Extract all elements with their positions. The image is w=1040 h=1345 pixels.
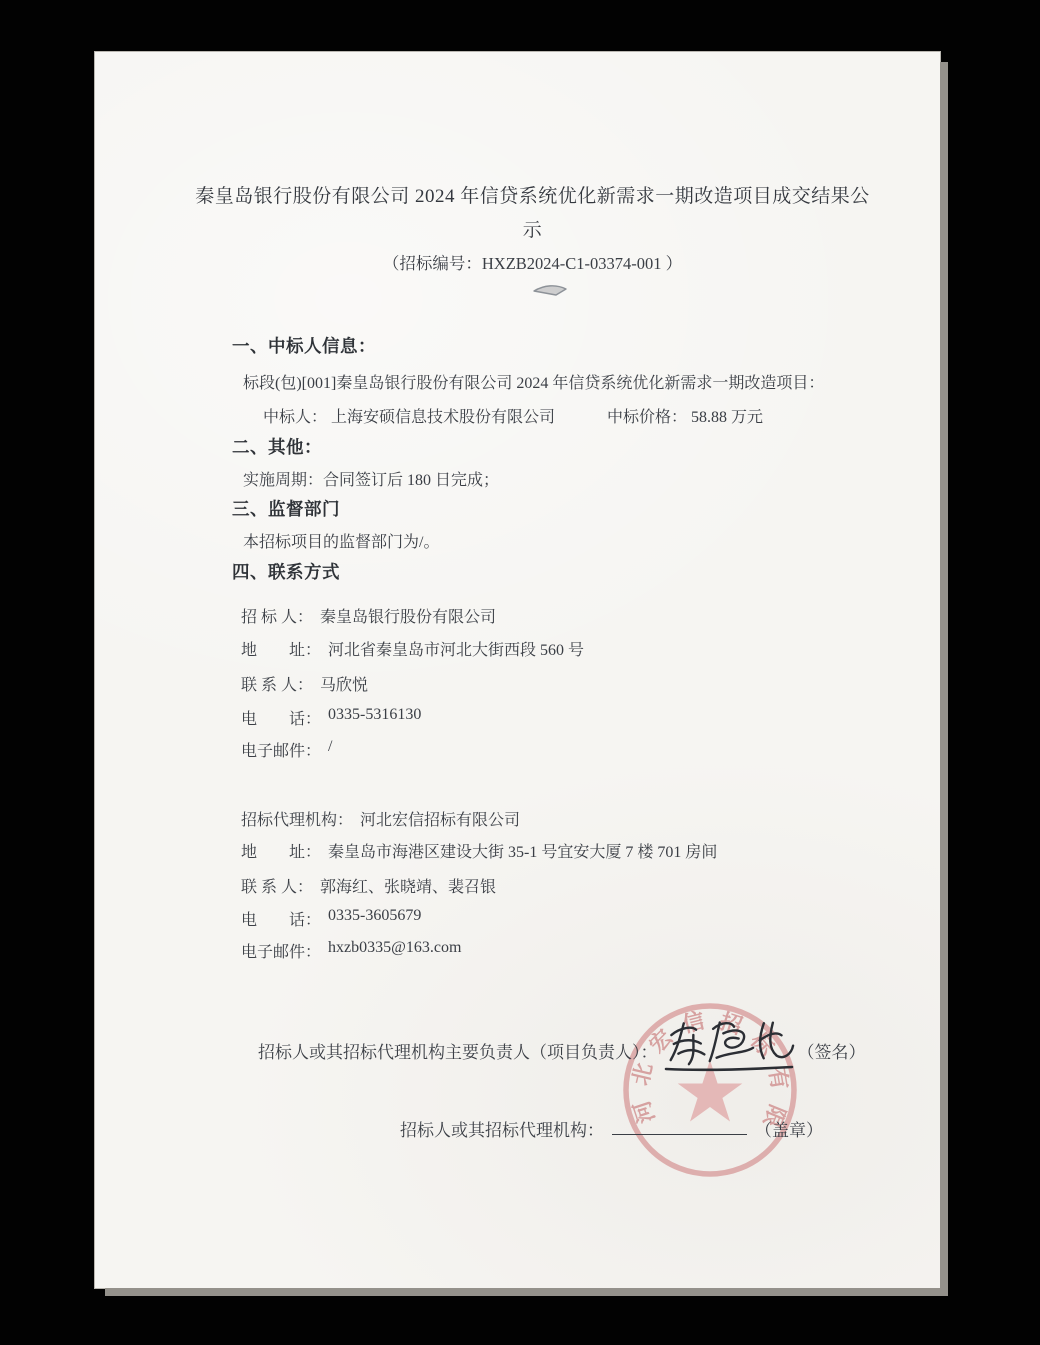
agency-value: 秦皇岛市海港区建设大街 35-1 号宜安大厦 7 楼 701 房间 <box>328 839 717 862</box>
section3-heading: 三、监督部门 <box>232 496 340 521</box>
agency-label: 招标代理机构： <box>241 807 353 830</box>
section1-heading: 一、中标人信息： <box>232 333 376 358</box>
tenderer-label: 招 标 人： <box>241 604 313 627</box>
scanned-page-background: { "colors": { "background": "#020202", "… <box>0 0 1040 1345</box>
tenderer-label: 电子邮件： <box>241 738 321 761</box>
tenderer-label: 联 系 人： <box>241 672 313 695</box>
pen-smudge-mark <box>531 282 573 302</box>
agency-label: 联 系 人： <box>241 874 313 897</box>
signature-line1-label: 招标人或其招标代理机构主要负责人（项目负责人）： <box>258 1038 658 1063</box>
tenderer-row: 联 系 人： 马欣悦 <box>241 672 368 695</box>
agency-row: 联 系 人： 郭海红、张晓靖、裴召银 <box>241 874 496 897</box>
tenderer-label: 电 话： <box>241 706 321 729</box>
document-title-line1: 秦皇岛银行股份有限公司 2024 年信贷系统优化新需求一期改造项目成交结果公 <box>110 181 955 208</box>
document-title-line2: 示 <box>110 215 955 242</box>
section1-lot-line: 标段(包)[001]秦皇岛银行股份有限公司 2024 年信贷系统优化新需求一期改… <box>243 370 824 393</box>
agency-value: 河北宏信招标有限公司 <box>360 807 520 830</box>
agency-value: hxzb0335@163.com <box>328 939 461 962</box>
section1-winner-line: 中标人： 上海安硕信息技术股份有限公司 中标价格： 58.88 万元 <box>263 404 763 427</box>
agency-row: 电子邮件： hxzb0335@163.com <box>241 939 461 962</box>
tenderer-value: 马欣悦 <box>320 672 368 695</box>
agency-label: 地 址： <box>241 839 321 862</box>
section2-heading: 二、其他： <box>232 434 322 459</box>
tenderer-value: 0335-5316130 <box>328 706 421 729</box>
price-label: 中标价格： <box>607 404 687 427</box>
signature-line2-label: 招标人或其招标代理机构： <box>400 1116 604 1141</box>
agency-label: 电子邮件： <box>241 939 321 962</box>
agency-row: 电 话： 0335-3605679 <box>241 907 421 930</box>
tender-number-line: （招标编号：HXZB2024-C1-03374-001 ） <box>110 250 955 274</box>
signature-suffix-label: （签名） <box>798 1038 866 1063</box>
winner-value: 上海安硕信息技术股份有限公司 <box>331 404 555 427</box>
signature-line-org: 招标人或其招标代理机构： （盖章） <box>400 1116 823 1141</box>
section4-heading: 四、联系方式 <box>232 559 340 584</box>
seal-blank-underline <box>612 1116 747 1135</box>
agency-row: 地 址： 秦皇岛市海港区建设大街 35-1 号宜安大厦 7 楼 701 房间 <box>241 839 717 862</box>
scanned-paper-sheet: 秦皇岛银行股份有限公司 2024 年信贷系统优化新需求一期改造项目成交结果公 示… <box>95 52 940 1288</box>
handwritten-signature <box>664 1016 796 1078</box>
tenderer-label: 地 址： <box>241 637 321 660</box>
winner-label: 中标人： <box>263 404 327 427</box>
section2-body: 实施周期：合同签订后 180 日完成； <box>243 467 499 490</box>
agency-label: 电 话： <box>241 907 321 930</box>
price-value: 58.88 万元 <box>691 404 763 427</box>
agency-value: 0335-3605679 <box>328 907 421 930</box>
agency-value: 郭海红、张晓靖、裴召银 <box>320 874 496 897</box>
tenderer-row: 招 标 人： 秦皇岛银行股份有限公司 <box>241 604 496 627</box>
tenderer-row: 地 址： 河北省秦皇岛市河北大街西段 560 号 <box>241 637 584 660</box>
section3-body: 本招标项目的监督部门为/。 <box>243 529 439 552</box>
tenderer-value: 河北省秦皇岛市河北大街西段 560 号 <box>328 637 584 660</box>
agency-row: 招标代理机构： 河北宏信招标有限公司 <box>241 807 520 830</box>
seal-suffix-label: （盖章） <box>755 1116 823 1141</box>
tenderer-row: 电子邮件： / <box>241 738 332 761</box>
signature-line-responsible: 招标人或其招标代理机构主要负责人（项目负责人）： （签名） <box>258 1038 866 1078</box>
tenderer-value: / <box>328 738 332 761</box>
tenderer-row: 电 话： 0335-5316130 <box>241 706 421 729</box>
tenderer-value: 秦皇岛银行股份有限公司 <box>320 604 496 627</box>
signature-underline <box>666 1067 792 1070</box>
